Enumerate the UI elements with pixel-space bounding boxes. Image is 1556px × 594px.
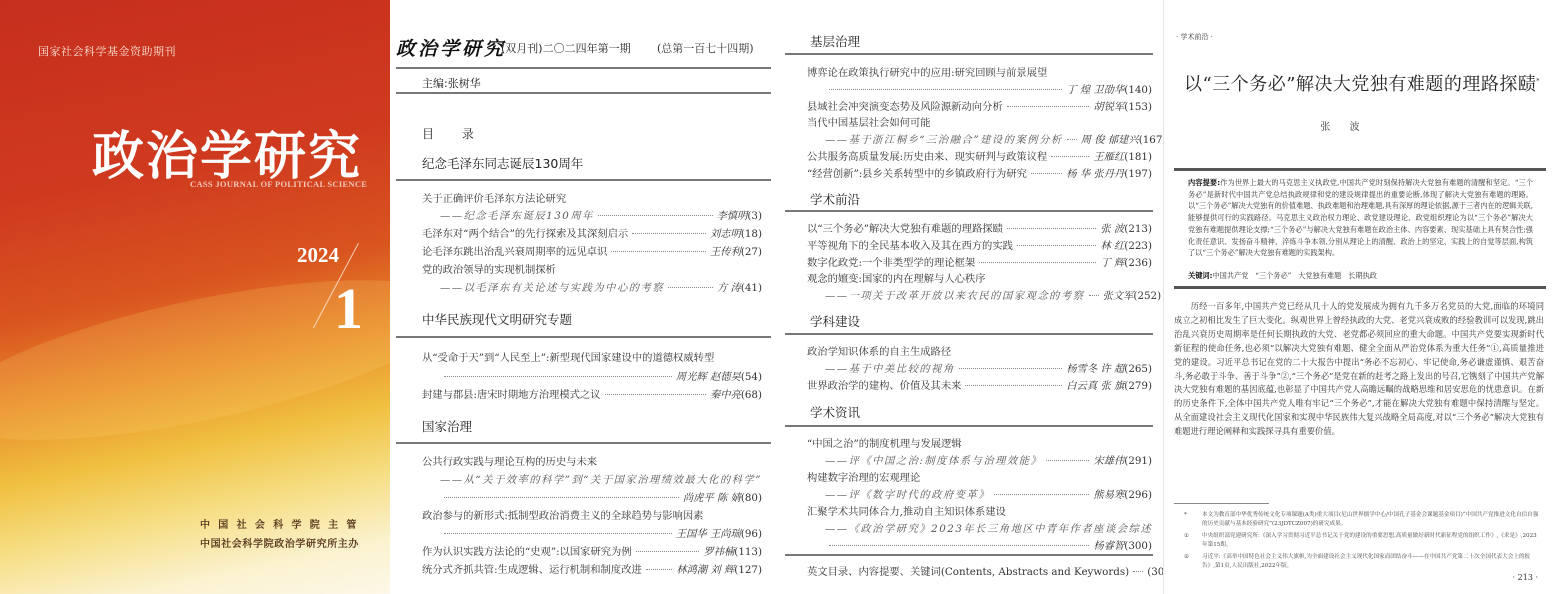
leader-dots bbox=[632, 233, 706, 234]
cover-issue: 1 bbox=[334, 280, 363, 338]
editor: 主编:张树华 bbox=[422, 75, 481, 91]
leader-dots bbox=[829, 545, 1089, 546]
toc-entry[interactable]: 论毛泽东跳出治乱兴衰周期率的远见卓识王传利(27) bbox=[422, 243, 762, 258]
leader-dots bbox=[1017, 245, 1096, 246]
leader-dots bbox=[1067, 139, 1077, 140]
divider bbox=[396, 442, 771, 444]
toc-entry-sub[interactable]: ——评《数字时代的政府变革》熊易寒(296) bbox=[825, 486, 1152, 501]
article-title: 以“三个务必”解决大党独有难题的理路探赜* bbox=[1184, 70, 1544, 96]
leader-dots bbox=[611, 251, 706, 252]
leader-dots bbox=[444, 533, 672, 534]
toc-entry[interactable]: “经营创新”:县乡关系转型中的乡镇政府行为研究杨 华 张丹丹(197) bbox=[807, 165, 1152, 180]
toc-entry-sub[interactable]: ——一项关于改革开放以来农民的国家观念的考察张文军(252) bbox=[825, 287, 1152, 302]
leader-dots bbox=[598, 215, 713, 216]
toc-entry-sub[interactable]: 王国华 王尚瑞(96) bbox=[440, 525, 762, 540]
abstract: 内容提要:作为世界上最大的马克思主义执政党,中国共产党时刻保持解决大党独有难题的… bbox=[1188, 177, 1533, 259]
keywords-text: 中国共产党 “三个务必” 大党独有难题 长期执政 bbox=[1212, 271, 1376, 280]
toc-entry[interactable]: 观念的嬗变:国家的内在理解与人心秩序 bbox=[807, 270, 1152, 285]
leader-dots bbox=[444, 497, 679, 498]
toc-entry[interactable]: 党的政治领导的实现机制探析 bbox=[422, 261, 762, 276]
journal-title: 政治学研究 bbox=[396, 34, 506, 61]
leader-dots bbox=[1051, 156, 1089, 157]
toc-entry-sub[interactable]: ——基于浙江桐乡“三治融合”建设的案例分析周 俊 郁建兴(167) bbox=[825, 131, 1152, 146]
contents-label: 目 录 bbox=[422, 125, 486, 142]
leader-dots bbox=[829, 89, 1062, 90]
toc-entry-sub[interactable]: ——基于中美比较的视角杨雪冬 许 超(265) bbox=[825, 360, 1152, 375]
section-heading: 学术资讯 bbox=[810, 403, 860, 421]
footnote-mark: * bbox=[1536, 78, 1540, 85]
leader-dots bbox=[636, 551, 700, 552]
footnote-divider bbox=[1174, 503, 1269, 504]
toc-entry-sub[interactable]: 周光辉 赵德昊(54) bbox=[440, 368, 762, 383]
toc-entry-contents[interactable]: 英文目录、内容提要、关键词(Contents, Abstracts and Ke… bbox=[807, 563, 1152, 578]
toc-entry[interactable]: 博弈论在政策执行研究中的应用:研究回顾与前景展望 bbox=[807, 64, 1152, 79]
footnote-text: 习近平:《高举中国特色社会主义伟大旗帜,为全面建设社会主义现代化国家而团结奋斗—… bbox=[1202, 553, 1539, 571]
keywords-label: 关键词: bbox=[1188, 271, 1212, 280]
article-body: 历经一百多年,中国共产党已经从几十人的党发展成为拥有九千多万名党员的大党,面临的… bbox=[1174, 300, 1544, 439]
footnote-text: 中央组织部党建研究所:《深入学习贯彻习近平总书记关于党的建设的重要思想,高质量做… bbox=[1202, 532, 1539, 550]
toc-entry-sub[interactable]: 丁 煌 卫劭华(140) bbox=[825, 81, 1152, 96]
toc-entry[interactable]: 世界政治学的建构、价值及其未来白云真 张 旗(279) bbox=[807, 377, 1152, 392]
toc-entry[interactable]: 当代中国基层社会如何可能 bbox=[807, 114, 1152, 129]
toc-entry[interactable]: 公共行政实践与理论互构的历史与未来 bbox=[422, 453, 762, 468]
leader-dots bbox=[959, 368, 1063, 369]
toc-entry[interactable]: 从“受命于天”到“人民至上”:新型现代国家建设中的道德权威转型 bbox=[422, 349, 762, 364]
divider bbox=[396, 67, 771, 69]
toc-entry[interactable]: 平等视角下的全民基本收入及其在西方的实践林 红(223) bbox=[807, 237, 1152, 252]
toc-entry-sub[interactable]: ——以毛泽东有关论述与实践为中心的考察方 涛(41) bbox=[440, 279, 762, 294]
fund-label: 国家社会科学基金资助期刊 bbox=[38, 43, 176, 59]
divider bbox=[785, 53, 1153, 55]
page-number: · 213 · bbox=[1513, 573, 1538, 582]
footnote-mark: ① bbox=[1184, 532, 1202, 550]
toc-entry[interactable]: 政治参与的新形式:抵制型政治消费主义的全球趋势与影响因素 bbox=[422, 507, 762, 522]
cover-english-title: CASS JOURNAL OF POLITICAL SCIENCE bbox=[190, 179, 367, 189]
toc-entry[interactable]: 县域社会冲突演变态势及风险源新动向分析胡锐军(153) bbox=[807, 98, 1152, 113]
footnote-text: 本文为教育部中华优秀传统文化专项课题(A类)重大项目(尼山世界儒学中心/中国孔子… bbox=[1202, 511, 1539, 529]
toc-entry[interactable]: 政治学知识体系的自主生成路径 bbox=[807, 343, 1152, 358]
divider bbox=[785, 554, 1153, 556]
sponsor-line-1: 中国社会科学院主管 bbox=[200, 516, 365, 531]
toc-entry[interactable]: 作为认识实践方法论的“史观”:以国家研究为例罗祎楠(113) bbox=[422, 543, 762, 558]
abstract-text: 作为世界上最大的马克思主义执政党,中国共产党时刻保持解决大党独有难题的清醒和坚定… bbox=[1188, 178, 1533, 257]
divider bbox=[1174, 286, 1546, 289]
leader-dots bbox=[646, 569, 673, 570]
divider bbox=[396, 92, 771, 94]
leader-dots bbox=[444, 376, 672, 377]
journal-cover: 国家社会科学基金资助期刊 政治学研究 CASS JOURNAL OF POLIT… bbox=[0, 0, 390, 594]
divider bbox=[396, 179, 771, 181]
divider bbox=[1174, 168, 1546, 171]
cover-year: 2024 bbox=[297, 243, 339, 268]
section-heading: 学科建设 bbox=[810, 312, 860, 330]
leader-dots bbox=[979, 262, 1096, 263]
leader-dots bbox=[1046, 460, 1089, 461]
section-heading: 基层治理 bbox=[810, 32, 860, 50]
toc-entry-sub[interactable]: ——纪念毛泽东诞辰130周年李慎明(3) bbox=[440, 207, 762, 222]
leader-dots bbox=[965, 385, 1062, 386]
leader-dots bbox=[605, 394, 706, 395]
toc-entry[interactable]: 以“三个务必”解决大党独有难题的理路探赜张 波(213) bbox=[807, 220, 1152, 235]
divider bbox=[396, 336, 771, 338]
toc-entry[interactable]: 构建数字治理的宏观理论 bbox=[807, 469, 1152, 484]
section-heading: 学术前沿 bbox=[810, 190, 860, 208]
column-label: · 学术前沿 · bbox=[1176, 32, 1213, 42]
section-heading: 纪念毛泽东同志诞辰130周年 bbox=[422, 154, 583, 172]
section-heading: 国家治理 bbox=[422, 417, 472, 435]
leader-dots bbox=[1007, 228, 1097, 229]
toc-page-1: 政治学研究 (双月刊)二〇二四年第一期 (总第一百七十四期) 主编:张树华 目 … bbox=[390, 0, 785, 594]
journal-meta: (双月刊)二〇二四年第一期 bbox=[501, 40, 631, 56]
toc-entry[interactable]: 数字化政党:一个非类型学的理论框架丁 辉(236) bbox=[807, 254, 1152, 269]
toc-entry-sub[interactable]: ——《政治学研究》2023年长三角地区中青年作者座谈会综述 bbox=[825, 520, 1152, 535]
leader-dots bbox=[1007, 106, 1090, 107]
abstract-label: 内容提要: bbox=[1188, 178, 1220, 187]
toc-entry[interactable]: 公共服务高质量发展:历史由来、现实研判与政策议程王雁红(181) bbox=[807, 148, 1152, 163]
leader-dots bbox=[1031, 173, 1062, 174]
toc-entry-sub[interactable]: 尚虎平 陈 婧(80) bbox=[440, 489, 762, 504]
leader-dots bbox=[1133, 571, 1143, 572]
leader-dots bbox=[1089, 295, 1099, 296]
toc-entry[interactable]: 汇聚学术共同体合力,推动自主知识体系建设 bbox=[807, 503, 1152, 518]
leader-dots bbox=[668, 287, 713, 288]
sponsor-line-2: 中国社会科学院政治学研究所主办 bbox=[200, 535, 359, 550]
total-issue: (总第一百七十四期) bbox=[657, 40, 754, 56]
footnote-mark: ② bbox=[1184, 553, 1202, 571]
toc-entry[interactable]: “中国之治”的制度机理与发展逻辑 bbox=[807, 435, 1152, 450]
toc-entry-sub[interactable]: ——从“关于效率的科学”到“关于国家治理绩效最大化的科学” bbox=[440, 471, 762, 486]
cover-decoration bbox=[0, 247, 390, 472]
footnote: *本文为教育部中华优秀传统文化专项课题(A类)重大项目(尼山世界儒学中心/中国孔… bbox=[1184, 511, 1539, 529]
article-title-text: 以“三个务必”解决大党独有难题的理路探赜 bbox=[1184, 74, 1536, 95]
toc-entry[interactable]: 封建与郡县:唐宋时期地方治理模式之议秦中亮(68) bbox=[422, 386, 762, 401]
keywords: 关键词:中国共产党 “三个务必” 大党独有难题 长期执政 bbox=[1188, 271, 1377, 281]
cover-title: 政治学研究 bbox=[92, 114, 362, 189]
leader-dots bbox=[994, 494, 1089, 495]
footnote-mark: * bbox=[1184, 511, 1202, 529]
toc-page-2: 基层治理 博弈论在政策执行研究中的应用:研究回顾与前景展望 丁 煌 卫劭华(14… bbox=[785, 0, 1163, 594]
toc-entry[interactable]: 统分式齐抓共管:生成逻辑、运行机制和制度改进林鸿潮 刘 辉(127) bbox=[422, 561, 762, 576]
section-heading: 中华民族现代文明研究专题 bbox=[422, 310, 572, 328]
divider bbox=[785, 210, 1153, 212]
divider bbox=[785, 425, 1153, 427]
footnote: ①中央组织部党建研究所:《深入学习贯彻习近平总书记关于党的建设的重要思想,高质量… bbox=[1184, 532, 1539, 550]
divider bbox=[785, 333, 1153, 335]
toc-entry[interactable]: 毛泽东对“两个结合”的先行探索及其深刻启示刘志明(18) bbox=[422, 225, 762, 240]
article-author: 张 波 bbox=[1164, 118, 1524, 133]
toc-entry-sub[interactable]: 杨睿智(300) bbox=[825, 537, 1152, 552]
footnote: ②习近平:《高举中国特色社会主义伟大旗帜,为全面建设社会主义现代化国家而团结奋斗… bbox=[1184, 553, 1539, 571]
article-page: · 学术前沿 · 以“三个务必”解决大党独有难题的理路探赜* 张 波 内容提要:… bbox=[1163, 0, 1556, 594]
toc-entry[interactable]: 关于正确评价毛泽东方法论研究 bbox=[422, 190, 762, 205]
toc-entry-sub[interactable]: ——评《中国之治:制度体系与治理效能》宋雄伟(291) bbox=[825, 452, 1152, 467]
